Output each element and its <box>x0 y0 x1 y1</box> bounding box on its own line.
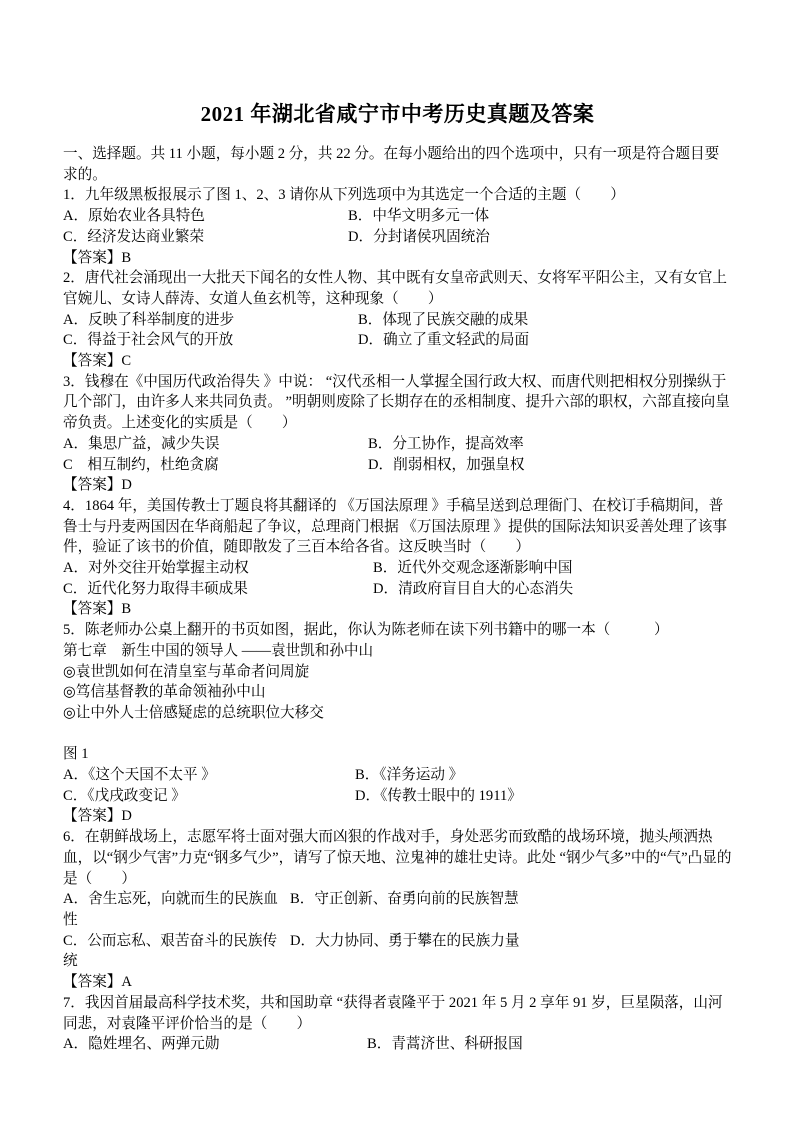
question-5-options-cd: C．《戊戌政变记 》 D．《传教士眼中的 1911》 <box>63 786 732 807</box>
option-b: B．中华文明多元一体 <box>348 206 732 227</box>
question-6-stem: 6．在朝鲜战场上，志愿军将士面对强大而凶狠的作战对手，身处恶劣而致酷的战场环境，… <box>63 827 732 889</box>
option-a: A．舍生忘死，向就而生的民族血性 <box>63 889 290 930</box>
question-3-stem: 3．钱穆在《中国历代政治得失 》中说： “汉代丞相一人掌握全国行政大权、而唐代则… <box>63 372 732 434</box>
question-3-options-cd: C 相互制约，杜绝贪腐 D．削弱相权，加强皇权 <box>63 455 732 476</box>
question-7-options-ab: A．隐姓埋名、两弹元勋 B．青蒿济世、科研报国 <box>63 1034 732 1055</box>
question-7-stem: 7．我因首届最高科学技术奖，共和国助章 “获得者袁隆平于 2021 年 5 月 … <box>63 993 732 1034</box>
question-5-stem: 5．陈老师办公桌上翻开的书页如图，据此，你认为陈老师在读下列书籍中的哪一本（ ） <box>63 620 732 641</box>
question-4-options-ab: A．对外交往开始掌握主动权 B．近代外交观念逐渐影响中国 <box>63 558 732 579</box>
question-2-options-cd: C．得益于社会风气的开放 D．确立了重文轻武的局面 <box>63 330 732 351</box>
option-c: C．《戊戌政变记 》 <box>63 786 355 807</box>
question-5: 5．陈老师办公桌上翻开的书页如图，据此，你认为陈老师在读下列书籍中的哪一本（ ）… <box>63 620 732 827</box>
option-b: B．《洋务运动 》 <box>355 765 732 786</box>
option-b: B．青蒿济世、科研报国 <box>367 1034 732 1055</box>
option-d: D．大力协同、勇于攀在的民族力量 <box>290 931 732 972</box>
question-2-options-ab: A．反映了科举制度的进步 B．体现了民族交融的成果 <box>63 310 732 331</box>
question-6: 6．在朝鲜战场上，志愿军将士面对强大而凶狠的作战对手，身处恶劣而致酷的战场环境，… <box>63 827 732 993</box>
question-3-options-ab: A．集思广益，减少失误 B．分工协作，提高效率 <box>63 434 732 455</box>
question-1-stem: 1．九年级黑板报展示了图 1、2、3 请你从下列选项中为其选定一个合适的主题（ … <box>63 185 732 206</box>
question-4-stem: 4．1864 年，美国传教士丁题良将其翻译的 《万国法原理 》手稿呈送到总理衙门… <box>63 496 732 558</box>
option-a: A．集思广益，减少失误 <box>63 434 368 455</box>
option-b: B．体现了民族交融的成果 <box>358 310 732 331</box>
option-a: A．反映了科举制度的进步 <box>63 310 358 331</box>
option-c: C．经济发达商业繁荣 <box>63 227 348 248</box>
option-a: A．对外交往开始掌握主动权 <box>63 558 373 579</box>
question-2-stem: 2．唐代社会涌现出一大批天下闻名的女性人物、其中既有女皇帝武则天、女将军平阳公主… <box>63 268 732 309</box>
answer-line: 【答案】D <box>63 806 732 827</box>
option-d: D．确立了重文轻武的局面 <box>358 330 732 351</box>
question-6-options-ab: A．舍生忘死，向就而生的民族血性 B．守正创新、奋勇向前的民族智慧 <box>63 889 732 930</box>
blank-line <box>63 724 732 745</box>
question-2: 2．唐代社会涌现出一大批天下闻名的女性人物、其中既有女皇帝武则天、女将军平阳公主… <box>63 268 732 372</box>
book-bullet-line: ◎袁世凯如何在清皇室与革命者问周旋 <box>63 662 732 683</box>
question-1-options-cd: C．经济发达商业繁荣 D．分封诸侯巩固统治 <box>63 227 732 248</box>
option-d: D．分封诸侯巩固统治 <box>348 227 732 248</box>
section-intro: 一、选择题。共 11 小题，每小题 2 分，共 22 分。在每小题给出的四个选项… <box>63 144 732 185</box>
book-bullet-line: ◎让中外人士倍感疑虑的总统职位大移交 <box>63 703 732 724</box>
question-4-options-cd: C．近代化努力取得丰硕成果 D．清政府盲目自大的心态消失 <box>63 579 732 600</box>
option-d: D．削弱相权，加强皇权 <box>368 455 732 476</box>
answer-line: 【答案】A <box>63 972 732 993</box>
option-a: A．《这个天国不太平 》 <box>63 765 355 786</box>
book-bullet-line: ◎笃信基督教的革命领袖孙中山 <box>63 682 732 703</box>
option-c: C．得益于社会风气的开放 <box>63 330 358 351</box>
option-a: A．原始农业各具特色 <box>63 206 348 227</box>
option-b: B．守正创新、奋勇向前的民族智慧 <box>290 889 732 930</box>
question-6-options-cd: C．公而忘私、艰苦奋斗的民族传统 D．大力协同、勇于攀在的民族力量 <box>63 931 732 972</box>
doc-title: 2021 年湖北省咸宁市中考历史真题及答案 <box>63 101 732 127</box>
book-chapter-line: 第七章 新生中国的领导人 ——袁世凯和孙中山 <box>63 641 732 662</box>
option-d: D．清政府盲目自大的心态消失 <box>373 579 732 600</box>
option-c: C．公而忘私、艰苦奋斗的民族传统 <box>63 931 290 972</box>
question-4: 4．1864 年，美国传教士丁题良将其翻译的 《万国法原理 》手稿呈送到总理衙门… <box>63 496 732 620</box>
option-c: C．近代化努力取得丰硕成果 <box>63 579 373 600</box>
answer-line: 【答案】B <box>63 248 732 269</box>
question-1: 1．九年级黑板报展示了图 1、2、3 请你从下列选项中为其选定一个合适的主题（ … <box>63 185 732 268</box>
question-7: 7．我因首届最高科学技术奖，共和国助章 “获得者袁隆平于 2021 年 5 月 … <box>63 993 732 1055</box>
option-c: C 相互制约，杜绝贪腐 <box>63 455 368 476</box>
answer-line: 【答案】B <box>63 599 732 620</box>
answer-line: 【答案】D <box>63 475 732 496</box>
option-a: A．隐姓埋名、两弹元勋 <box>63 1034 367 1055</box>
question-3: 3．钱穆在《中国历代政治得失 》中说： “汉代丞相一人掌握全国行政大权、而唐代则… <box>63 372 732 496</box>
exam-document-page: 2021 年湖北省咸宁市中考历史真题及答案 一、选择题。共 11 小题，每小题 … <box>0 0 794 1123</box>
option-d: D．《传教士眼中的 1911》 <box>355 786 732 807</box>
option-b: B．近代外交观念逐渐影响中国 <box>373 558 732 579</box>
figure-label: 图 1 <box>63 744 732 765</box>
option-b: B．分工协作，提高效率 <box>368 434 732 455</box>
question-5-options-ab: A．《这个天国不太平 》 B．《洋务运动 》 <box>63 765 732 786</box>
question-1-options-ab: A．原始农业各具特色 B．中华文明多元一体 <box>63 206 732 227</box>
answer-line: 【答案】C <box>63 351 732 372</box>
